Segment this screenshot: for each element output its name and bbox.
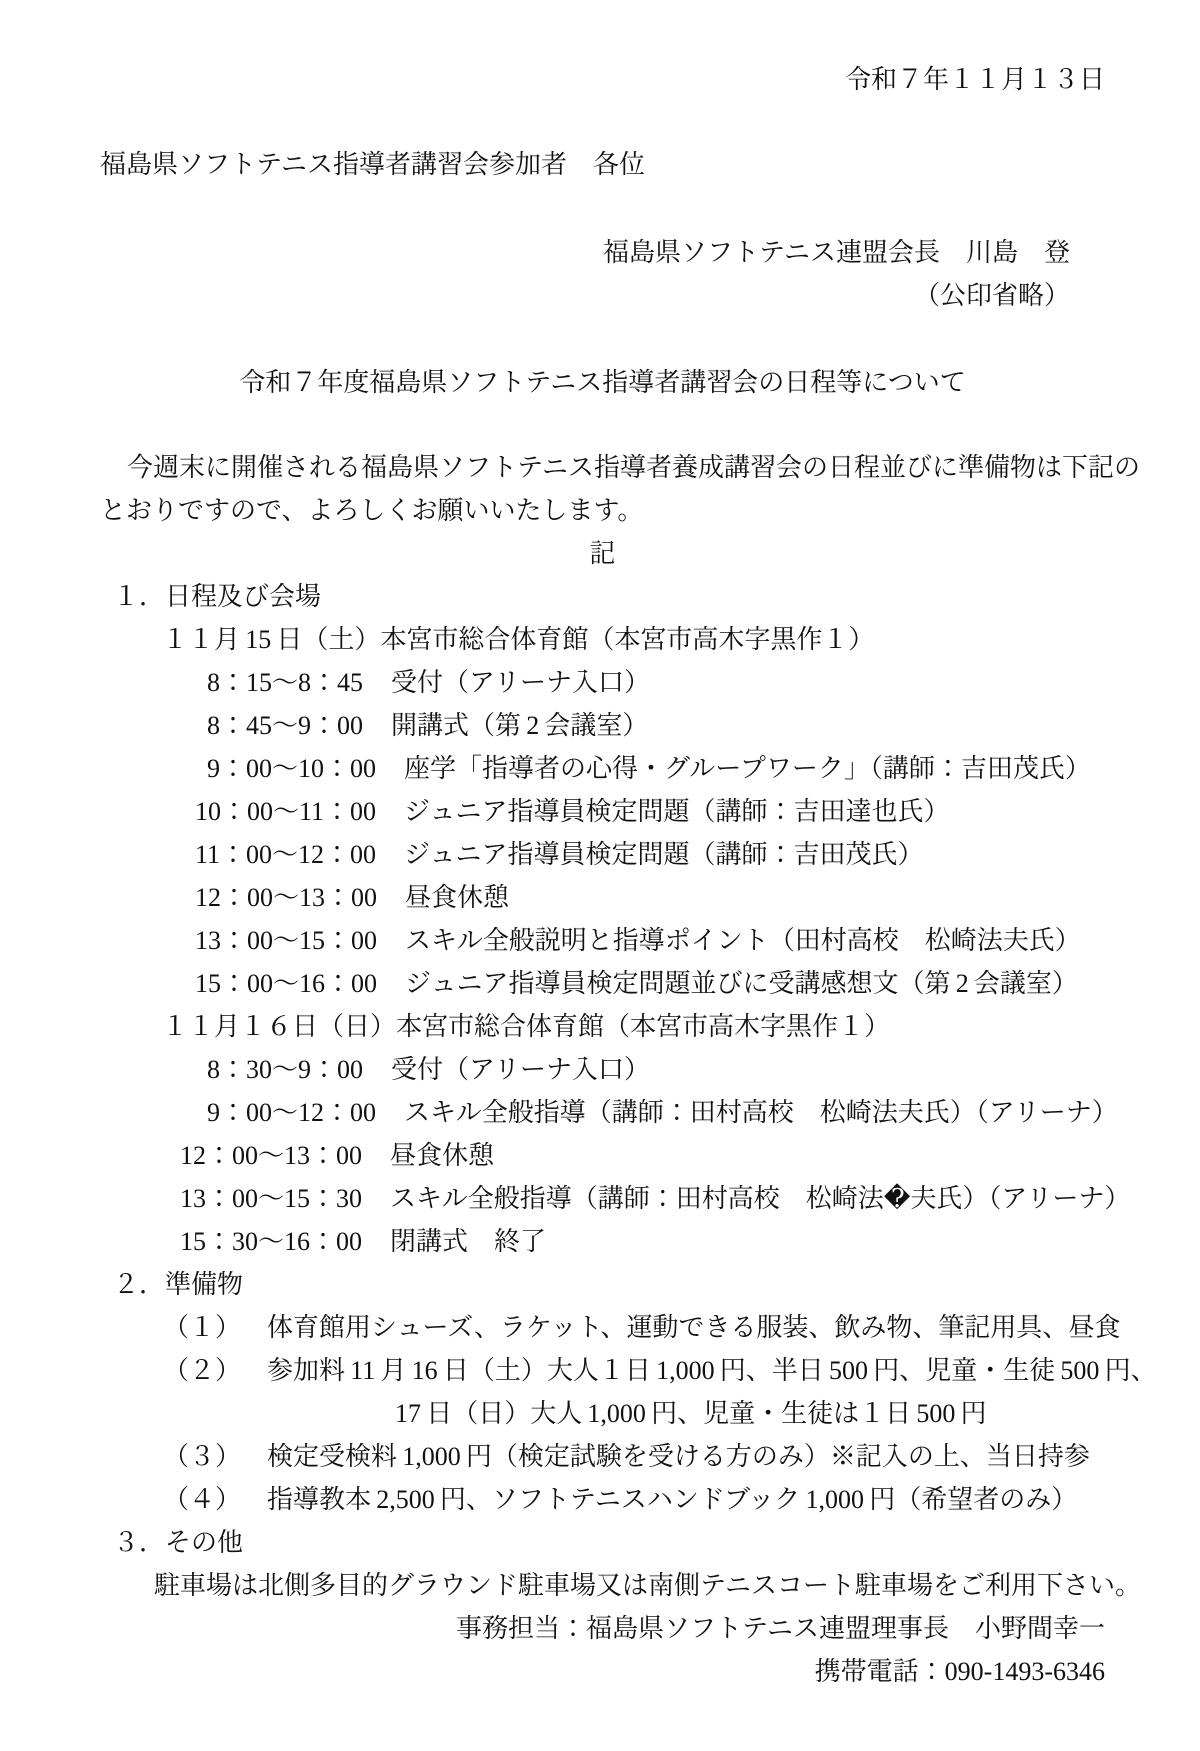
prep-item-number: （４） (163, 1485, 241, 1514)
prep-item-text: 体育館用シューズ、ラケット、運動できる服装、飲み物、筆記用具、昼食 (267, 1313, 1120, 1342)
schedule-time: 15：30～16：00 (180, 1227, 362, 1256)
schedule-row: 8：30～9：00受付（アリーナ入口） (207, 1048, 1105, 1091)
contact-phone: 携帯電話：090-1493-6346 (100, 1650, 1105, 1693)
schedule-time: 10：00～11：00 (195, 797, 376, 826)
parking-note: 駐車場は北側多目的グラウンド駐車場又は南側テニスコート駐車場をご利用下さい。 (154, 1564, 1105, 1607)
schedule-label: 開講式（第 2 会議室） (391, 711, 648, 740)
schedule-time: 12：00～13：00 (180, 1141, 362, 1170)
day1-date-line: １１月 15 日（土）本宮市総合体育館（本宮市高木字黒作１） (162, 618, 1105, 661)
schedule-row: 9：00～10：00座学「指導者の心得・グループワーク」（講師：吉田茂氏） (207, 747, 1105, 790)
prep-item-number: （３） (163, 1442, 241, 1471)
schedule-time: 15：00～16：00 (195, 969, 377, 998)
contact-admin: 事務担当：福島県ソフトテニス連盟理事長 小野間幸一 (100, 1607, 1105, 1650)
schedule-row: 13：00～15：00スキル全般説明と指導ポイント（田村高校 松崎法夫氏） (195, 919, 1105, 962)
schedule-label: 受付（アリーナ入口） (391, 668, 650, 697)
schedule-row: 12：00～13：00昼食休憩 (180, 1134, 1105, 1177)
prep-item: （３）検定受検料 1,000 円（検定試験を受ける方のみ）※記入の上、当日持参 (163, 1435, 1105, 1478)
prep-item-number: （２） (163, 1356, 241, 1385)
schedule-time: 9：00～10：00 (207, 754, 376, 783)
seal-note: （公印省略） (100, 274, 1105, 317)
schedule-label: 昼食休憩 (390, 1141, 494, 1170)
schedule-row: 10：00～11：00ジュニア指導員検定問題（講師：吉田達也氏） (195, 790, 1105, 833)
prep-item-text: 検定受検料 1,000 円（検定試験を受ける方のみ）※記入の上、当日持参 (267, 1442, 1090, 1471)
prep-item-text: 参加料 11 月 16 日（土）大人１日 1,000 円、半日 500 円、児童… (267, 1356, 1157, 1385)
schedule-time: 13：00～15：30 (180, 1184, 362, 1213)
section-heading-preparation: ２．準備物 (113, 1263, 1105, 1306)
schedule-row: 13：00～15：30スキル全般指導（講師：田村高校 松崎法�夫氏）（アリーナ） (180, 1177, 1105, 1220)
schedule-label: スキル全般説明と指導ポイント（田村高校 松崎法夫氏） (405, 926, 1081, 955)
schedule-row: 8：15～8：45受付（アリーナ入口） (207, 661, 1105, 704)
record-marker: 記 (100, 532, 1105, 575)
schedule-time: 11：00～12：00 (195, 840, 376, 869)
schedule-time: 8：30～9：00 (207, 1055, 363, 1084)
document-page: 令和７年１１月１３日 福島県ソフトテニス指導者講習会参加者 各位 福島県ソフトテ… (0, 0, 1200, 1751)
schedule-label: スキル全般指導（講師：田村高校 松崎法�夫氏）（アリーナ） (390, 1184, 1130, 1213)
prep-item: （２）参加料 11 月 16 日（土）大人１日 1,000 円、半日 500 円… (163, 1349, 1105, 1392)
schedule-label: ジュニア指導員検定問題（講師：吉田達也氏） (404, 797, 949, 826)
schedule-label: 閉講式 終了 (390, 1227, 546, 1256)
prep-item-continuation: 17 日（日）大人 1,000 円、児童・生徒は１日 500 円 (395, 1392, 1105, 1435)
schedule-time: 8：45～9：00 (207, 711, 363, 740)
schedule-row: 12：00～13：00昼食休憩 (195, 876, 1105, 919)
schedule-time: 12：00～13：00 (195, 883, 377, 912)
prep-item-number: （１） (163, 1313, 241, 1342)
intro-line-1: 今週末に開催される福島県ソフトテニス指導者養成講習会の日程並びに準備物は下記の (100, 446, 1105, 489)
schedule-label: 座学「指導者の心得・グループワーク」（講師：吉田茂氏） (404, 754, 1091, 783)
schedule-label: 昼食休憩 (405, 883, 509, 912)
issue-date: 令和７年１１月１３日 (100, 58, 1105, 101)
schedule-time: 8：15～8：45 (207, 668, 363, 697)
schedule-row: 8：45～9：00開講式（第 2 会議室） (207, 704, 1105, 747)
schedule-time: 9：00～12：00 (207, 1098, 376, 1127)
recipient-line: 福島県ソフトテニス指導者講習会参加者 各位 (100, 143, 1105, 186)
day2-date-line: １１月１６日（日）本宮市総合体育館（本宮市高木字黒作１） (162, 1005, 1105, 1048)
prep-item: （４）指導教本 2,500 円、ソフトテニスハンドブック 1,000 円（希望者… (163, 1478, 1105, 1521)
section-heading-other: ３．その他 (113, 1521, 1105, 1564)
section-heading-schedule: １．日程及び会場 (113, 575, 1105, 618)
prep-item: （１）体育館用シューズ、ラケット、運動できる服装、飲み物、筆記用具、昼食 (163, 1306, 1105, 1349)
prep-item-text: 指導教本 2,500 円、ソフトテニスハンドブック 1,000 円（希望者のみ） (267, 1485, 1077, 1514)
schedule-row: 11：00～12：00ジュニア指導員検定問題（講師：吉田茂氏） (195, 833, 1105, 876)
schedule-label: 受付（アリーナ入口） (391, 1055, 650, 1084)
schedule-row: 15：00～16：00ジュニア指導員検定問題並びに受講感想文（第 2 会議室） (195, 962, 1105, 1005)
schedule-row: 15：30～16：00閉講式 終了 (180, 1220, 1105, 1263)
document-title: 令和７年度福島県ソフトテニス指導者講習会の日程等について (100, 361, 1105, 404)
schedule-label: ジュニア指導員検定問題（講師：吉田茂氏） (404, 840, 923, 869)
schedule-label: スキル全般指導（講師：田村高校 松崎法夫氏）（アリーナ） (404, 1098, 1118, 1127)
schedule-label: ジュニア指導員検定問題並びに受講感想文（第 2 会議室） (405, 969, 1078, 998)
intro-line-2: とおりですので、よろしくお願いいたします。 (100, 489, 1105, 532)
schedule-time: 13：00～15：00 (195, 926, 377, 955)
schedule-row: 9：00～12：00スキル全般指導（講師：田村高校 松崎法夫氏）（アリーナ） (207, 1091, 1105, 1134)
sender-line: 福島県ソフトテニス連盟会長 川島 登 (100, 231, 1105, 274)
